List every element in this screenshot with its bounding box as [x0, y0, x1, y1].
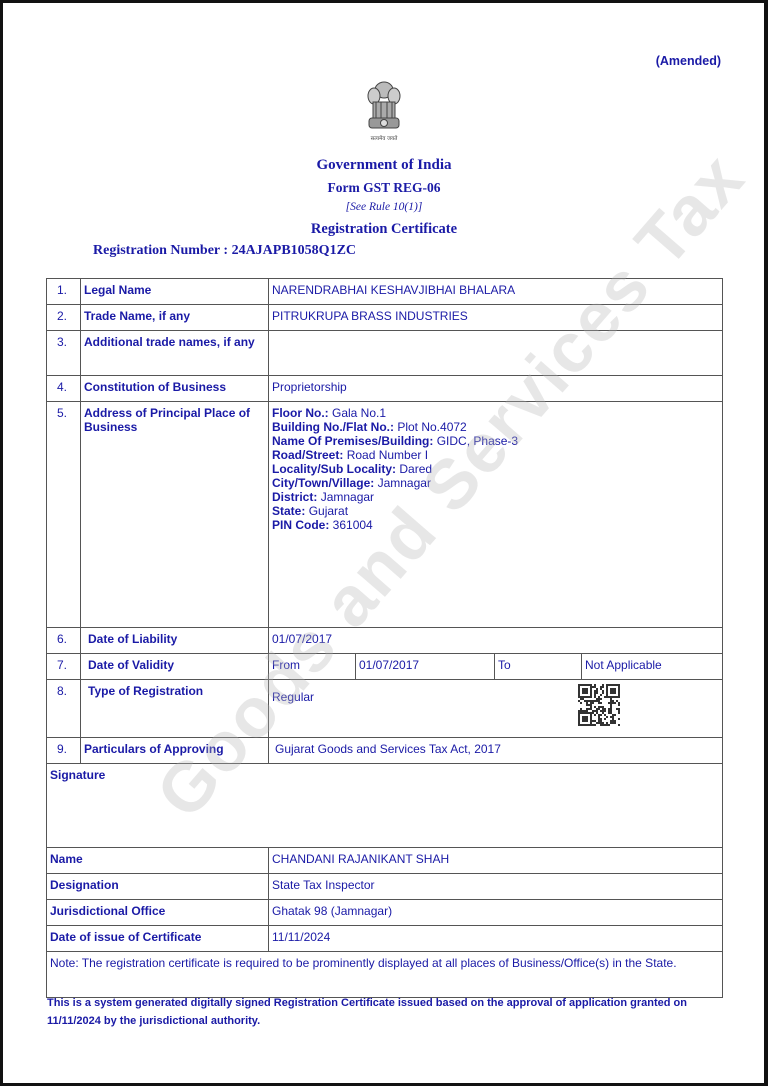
trade-name-value: PITRUKRUPA BRASS INDUSTRIES [269, 305, 723, 331]
certificate-table: 1. Legal Name NARENDRABHAI KESHAVJIBHAI … [46, 278, 723, 998]
certificate-title: Registration Certificate [0, 221, 768, 238]
jurisdictional-office-value: Ghatak 98 (Jamnagar) [269, 900, 723, 926]
officer-name-label: Name [47, 848, 269, 874]
designation-value: State Tax Inspector [269, 874, 723, 900]
amended-badge: (Amended) [656, 54, 721, 68]
additional-trade-names-value [269, 331, 723, 376]
date-of-liability-value: 01/07/2017 [269, 628, 723, 654]
date-of-issue-label: Date of issue of Certificate [47, 926, 269, 952]
particulars-of-approving-label: Particulars of Approving [81, 738, 269, 764]
row-type-of-registration: 8. Type of Registration Regular [47, 680, 723, 738]
row-date-of-issue: Date of issue of Certificate 11/11/2024 [47, 926, 723, 952]
legal-name-label: Legal Name [81, 279, 269, 305]
row-legal-name: 1. Legal Name NARENDRABHAI KESHAVJIBHAI … [47, 279, 723, 305]
row-jurisdictional-office: Jurisdictional Office Ghatak 98 (Jamnaga… [47, 900, 723, 926]
row-officer-name: Name CHANDANI RAJANIKANT SHAH [47, 848, 723, 874]
address-label: Address of Principal Place of Business [81, 402, 269, 628]
address-line: Name Of Premises/Building: GIDC, Phase-3 [272, 434, 720, 448]
row-date-of-liability: 6. Date of Liability 01/07/2017 [47, 628, 723, 654]
jurisdictional-office-label: Jurisdictional Office [47, 900, 269, 926]
particulars-of-approving-value: Gujarat Goods and Services Tax Act, 2017 [269, 738, 723, 764]
footer-statement: This is a system generated digitally sig… [47, 994, 727, 1030]
address-line: Floor No.: Gala No.1 [272, 406, 720, 420]
rule-reference: [See Rule 10(1)] [0, 201, 768, 213]
row-particulars-of-approving: 9. Particulars of Approving Gujarat Good… [47, 738, 723, 764]
date-of-issue-value: 11/11/2024 [269, 926, 723, 952]
officer-name-value: CHANDANI RAJANIKANT SHAH [269, 848, 723, 874]
address-line: City/Town/Village: Jamnagar [272, 476, 720, 490]
registration-number-label: Registration Number : [93, 243, 228, 258]
type-of-registration-label: Type of Registration [81, 680, 269, 738]
row-constitution: 4. Constitution of Business Proprietorsh… [47, 376, 723, 402]
row-additional-trade-names: 3. Additional trade names, if any [47, 331, 723, 376]
row-note: Note: The registration certificate is re… [47, 952, 723, 998]
national-emblem-icon: सत्यमेव जयते [361, 76, 407, 146]
address-line: District: Jamnagar [272, 490, 720, 504]
address-value: Floor No.: Gala No.1Building No./Flat No… [269, 402, 723, 628]
svg-text:सत्यमेव जयते: सत्यमेव जयते [371, 135, 399, 142]
date-of-liability-label: Date of Liability [81, 628, 269, 654]
legal-name-value: NARENDRABHAI KESHAVJIBHAI BHALARA [269, 279, 723, 305]
form-heading: Form GST REG-06 [0, 180, 768, 196]
row-trade-name: 2. Trade Name, if any PITRUKRUPA BRASS I… [47, 305, 723, 331]
display-note: Note: The registration certificate is re… [47, 952, 723, 998]
validity-from-value: 01/07/2017 [356, 654, 495, 680]
row-date-of-validity: 7. Date of Validity From 01/07/2017 To N… [47, 654, 723, 680]
validity-to-value: Not Applicable [582, 654, 723, 680]
row-signature: Signature [47, 764, 723, 848]
constitution-value: Proprietorship [269, 376, 723, 402]
row-address: 5. Address of Principal Place of Busines… [47, 402, 723, 628]
qr-code-icon [578, 684, 620, 726]
designation-label: Designation [47, 874, 269, 900]
issuer-heading: Government of India [0, 157, 768, 174]
date-of-validity-label: Date of Validity [81, 654, 269, 680]
row-officer-designation: Designation State Tax Inspector [47, 874, 723, 900]
address-line: PIN Code: 361004 [272, 518, 720, 532]
registration-number-value: 24AJAPB1058Q1ZC [232, 243, 356, 258]
registration-number: Registration Number : 24AJAPB1058Q1ZC [93, 243, 356, 259]
address-line: Building No./Flat No.: Plot No.4072 [272, 420, 720, 434]
type-of-registration-value: Regular [269, 680, 723, 738]
trade-name-label: Trade Name, if any [81, 305, 269, 331]
address-line: Road/Street: Road Number I [272, 448, 720, 462]
validity-to-label: To [495, 654, 582, 680]
validity-from-label: From [269, 654, 356, 680]
additional-trade-names-label: Additional trade names, if any [81, 331, 269, 376]
signature-label: Signature [47, 764, 723, 848]
constitution-label: Constitution of Business [81, 376, 269, 402]
address-line: Locality/Sub Locality: Dared [272, 462, 720, 476]
address-line: State: Gujarat [272, 504, 720, 518]
